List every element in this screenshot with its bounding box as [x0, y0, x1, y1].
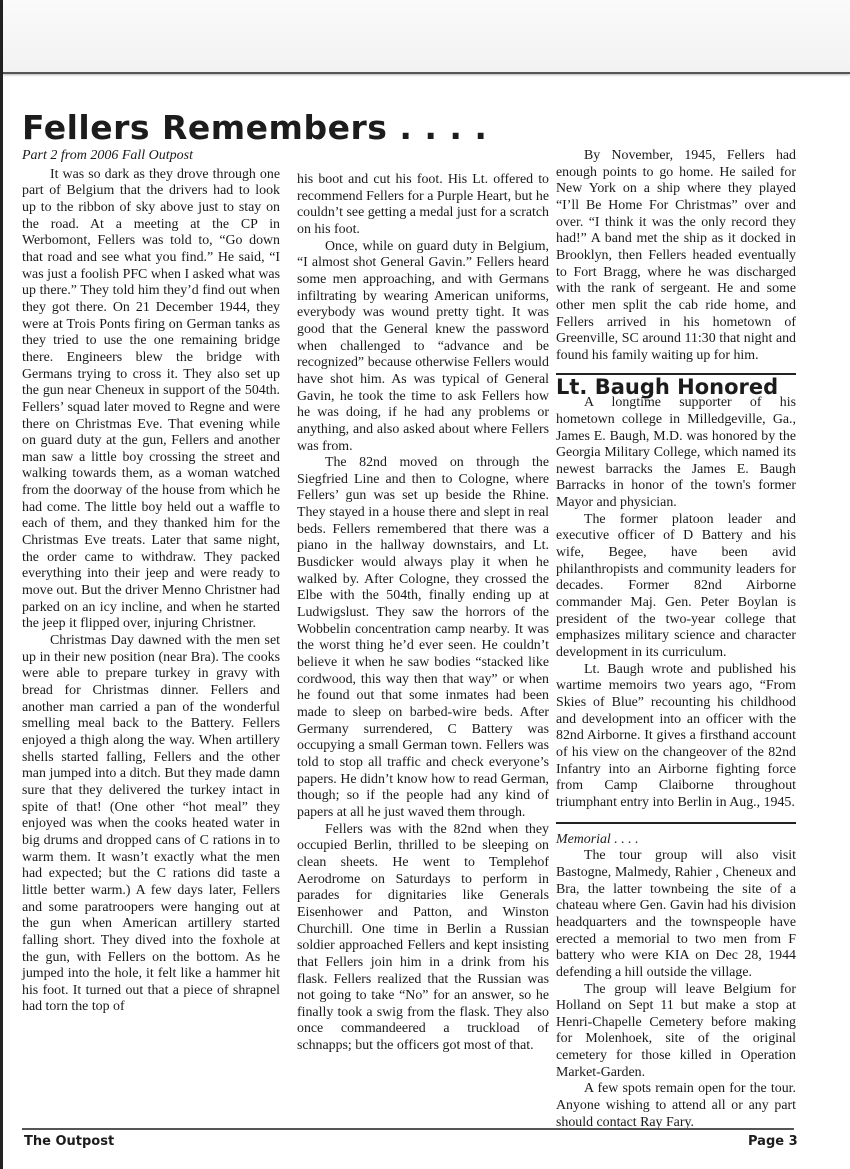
article-subtitle: Part 2 from 2006 Fall Outpost — [22, 148, 280, 165]
paragraph: The tour group will also visit Bastogne,… — [556, 848, 796, 981]
column-2: his boot and cut his foot. His Lt. offer… — [297, 172, 549, 1055]
column-3: By November, 1945, Fellers had enough po… — [556, 148, 796, 1131]
column-1: Part 2 from 2006 Fall Outpost It was so … — [22, 148, 280, 1016]
paragraph: Lt. Baugh wrote and published his wartim… — [556, 662, 796, 812]
paragraph: The former platoon leader and executive … — [556, 512, 796, 662]
paragraph: By November, 1945, Fellers had enough po… — [556, 148, 796, 365]
paragraph: A longtime supporter of his hometown col… — [556, 395, 796, 512]
paragraph: It was so dark as they drove through one… — [22, 167, 280, 633]
paragraph: Once, while on guard duty in Belgium, “I… — [297, 239, 549, 456]
paragraph: The group will leave Belgium for Holland… — [556, 982, 796, 1082]
paragraph: his boot and cut his foot. His Lt. offer… — [297, 172, 549, 239]
footer-publication: The Outpost — [24, 1134, 114, 1149]
header-band — [3, 0, 850, 74]
paragraph: Fellers was with the 82nd when they occu… — [297, 822, 549, 1055]
paragraph: A few spots remain open for the tour. An… — [556, 1081, 796, 1131]
footer-page-number: Page 3 — [748, 1134, 798, 1149]
section-divider — [556, 822, 796, 824]
paragraph: Christmas Day dawned with the men set up… — [22, 633, 280, 1016]
footer-rule — [22, 1128, 794, 1130]
section-title-baugh: Lt. Baugh Honored — [556, 379, 796, 396]
section-title-memorial: Memorial . . . . — [556, 832, 796, 849]
paragraph: The 82nd moved on through the Siegfried … — [297, 455, 549, 821]
page-edge — [0, 0, 3, 1169]
article-headline: Fellers Remembers . . . . — [22, 108, 487, 147]
